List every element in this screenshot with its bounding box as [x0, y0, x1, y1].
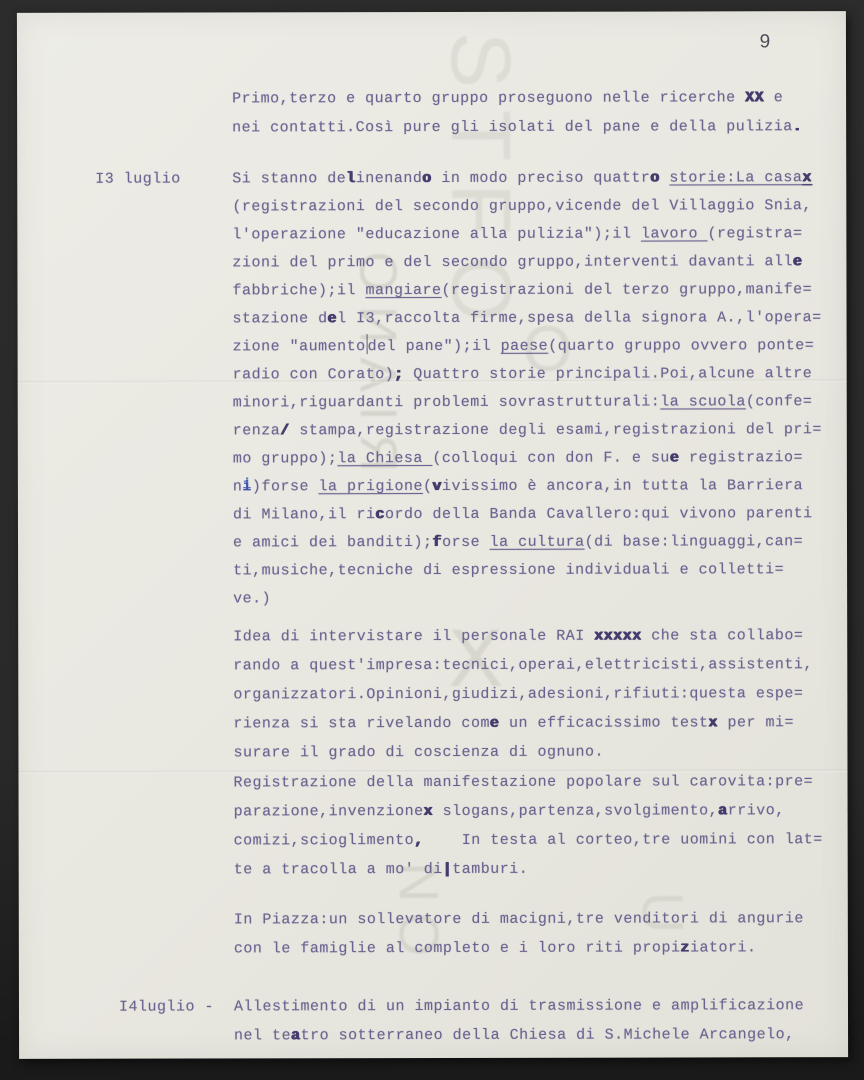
typed-line: e amici dei banditi);forse la cultura(di…	[233, 528, 833, 557]
text-segment: slogans,partenza,svolgimento,	[433, 802, 718, 820]
typed-line: renza/ stampa,registrazione degli esami,…	[233, 416, 833, 445]
text-segment: surare il grado di coscienza di ognuno.	[233, 744, 604, 762]
text-segment: In Piazza:un sollevatore di macigni,tre …	[234, 910, 804, 928]
text-segment: zione "aumento	[233, 338, 366, 355]
text-segment: ordo della Banda Cavallero:qui vivono pa…	[385, 505, 813, 523]
text-segment: ivissimo è ancora,in tutta la Barriera	[442, 477, 803, 495]
diary-entry: Registrazione della manifestazione popol…	[233, 767, 833, 884]
text-segment: la Chiesa	[337, 450, 432, 467]
typed-line: di Milano,il ricordo della Banda Cavalle…	[233, 500, 833, 529]
typed-line: l'operazione "educazione alla pulizia");…	[232, 220, 832, 249]
typed-text-layer: Primo,terzo e quarto gruppo proseguono n…	[17, 11, 848, 1059]
text-segment: l	[346, 170, 356, 187]
text-segment: comizi,scioglimento	[234, 832, 415, 849]
typed-line: parazione,invenzionex slogans,partenza,s…	[234, 796, 834, 826]
text-segment: e	[764, 89, 783, 106]
entry-date: I3 luglio	[95, 166, 181, 194]
text-segment: (registrazioni del terzo gruppo,manife=	[442, 281, 813, 299]
text-segment: (registrazioni del secondo gruppo,vicend…	[232, 197, 812, 215]
text-segment: /	[280, 422, 290, 439]
text-segment: nei contatti.Così pure gli isolati del p…	[232, 118, 793, 136]
typed-line: ve.)	[233, 584, 833, 613]
text-segment: fabbriche);il	[232, 282, 365, 299]
entry-date: I4luglio -	[119, 992, 214, 1021]
typed-line: Primo,terzo e quarto gruppo proseguono n…	[232, 83, 832, 113]
typed-line: Idea di intervistare il personale RAI xx…	[233, 621, 833, 651]
text-segment: xxxxx	[594, 628, 642, 645]
text-segment: organizzatori.Opinioni,giudizi,adesioni,…	[233, 685, 803, 703]
text-segment: x	[802, 169, 812, 186]
typed-line: Si stanno delinenando in modo preciso qu…	[232, 164, 832, 193]
text-segment: ti,musiche,tecniche di espressione indiv…	[233, 561, 784, 579]
diary-entry: In Piazza:un sollevatore di macigni,tre …	[234, 904, 834, 963]
text-segment: inenand	[356, 170, 423, 187]
text-segment: x	[708, 714, 718, 731]
text-segment: lavoro	[641, 225, 708, 242]
text-segment: f	[433, 534, 443, 551]
text-segment: o	[422, 170, 432, 187]
text-segment: tro sotterraneo della Chiesa di S.Michel…	[301, 1026, 795, 1044]
text-segment	[660, 170, 670, 187]
text-segment: Registrazione della manifestazione popol…	[234, 773, 814, 791]
text-segment: e amici dei banditi);	[233, 534, 433, 551]
text-segment: In testa al corteo,tre uomini con lat=	[424, 831, 823, 849]
typed-line: stazione del I3,raccolta firme,spesa del…	[233, 304, 833, 333]
text-segment: che sta collabo=	[642, 627, 804, 644]
typed-line: con le famiglie al completo e i loro rit…	[234, 933, 834, 963]
diary-entry: I3 luglioSi stanno delinenando in modo p…	[232, 164, 833, 613]
text-segment: Si stanno de	[232, 170, 346, 187]
text-segment: (confe=	[746, 393, 813, 410]
text-segment: storie:La casa	[669, 169, 802, 186]
text-segment: v	[432, 478, 442, 495]
typed-line: rienza si sta rivelando come un efficaci…	[233, 708, 833, 738]
text-segment: ve.)	[233, 590, 271, 607]
text-segment: (quarto gruppo ovvero ponte=	[548, 337, 814, 355]
text-segment: di Milano,il ri	[233, 506, 376, 523]
text-segment: (registra=	[707, 225, 802, 242]
typed-line: (registrazioni del secondo gruppo,vicend…	[232, 192, 832, 221]
typed-line: mo gruppo);la Chiesa (colloqui con don F…	[233, 444, 833, 473]
text-segment: Primo,terzo e quarto gruppo proseguono n…	[232, 89, 745, 107]
typed-line: ni)forse la prigione(vivissimo è ancora,…	[233, 472, 833, 501]
text-segment: rando a quest'impresa:tecnici,operai,ele…	[233, 656, 813, 674]
text-segment: nel te	[234, 1027, 291, 1044]
text-segment: x	[424, 803, 434, 820]
text-segment: Allestimento di un impianto di trasmissi…	[234, 997, 804, 1015]
text-segment: la cultura	[490, 534, 585, 551]
text-segment: la scuola	[660, 393, 746, 410]
diary-entry: Idea di intervistare il personale RAI xx…	[233, 621, 833, 767]
text-segment: renza	[233, 422, 281, 439]
text-segment: .	[793, 118, 803, 135]
typed-line: Allestimento di un impianto di trasmissi…	[234, 991, 834, 1021]
text-segment: rienza si sta rivelando com	[233, 715, 490, 733]
typed-line: comizi,scioglimento, In testa al corteo,…	[234, 825, 834, 855]
text-segment: (di base:linguaggi,can=	[585, 533, 804, 550]
text-segment: ,	[414, 832, 424, 849]
scan-background: RIANOSTFOOXNOU 9 Primo,terzo e quarto gr…	[0, 0, 864, 1080]
typed-line: radio con Corato); Quattro storie princi…	[233, 360, 833, 389]
text-segment: stampa,registrazione degli esami,registr…	[290, 421, 822, 439]
text-segment: a	[718, 802, 728, 819]
text-segment: ;	[394, 366, 404, 383]
diary-entry: I4luglio -Allestimento di un impianto di…	[234, 991, 834, 1050]
text-segment: mo gruppo);	[233, 450, 338, 467]
text-segment: minori,riguardanti problemi sovrastruttu…	[233, 394, 661, 412]
text-segment: orse	[442, 534, 490, 551]
text-segment: del pane");il	[368, 338, 501, 355]
text-segment: in modo preciso quattr	[432, 170, 651, 187]
text-segment: parazione,invenzione	[234, 803, 424, 820]
typed-line: te a tracolla a mo' di|tamburi.	[234, 854, 834, 884]
typed-line: zioni del primo e del secondo gruppo,int…	[232, 248, 832, 277]
text-segment: mangiare	[366, 282, 442, 299]
text-segment: e	[328, 310, 338, 327]
text-segment: e	[490, 715, 500, 732]
text-segment: te a tracolla a mo' di	[234, 861, 443, 878]
text-segment: z	[680, 939, 690, 956]
text-segment: per mi=	[718, 714, 794, 731]
typed-line: nei contatti.Così pure gli isolati del p…	[232, 112, 832, 142]
text-segment: e	[793, 253, 803, 270]
text-segment: c	[375, 506, 385, 523]
typed-line: rando a quest'impresa:tecnici,operai,ele…	[233, 650, 833, 680]
text-segment: )forse	[252, 478, 319, 495]
text-segment: registrazio=	[679, 449, 803, 466]
typed-line: organizzatori.Opinioni,giudizi,adesioni,…	[233, 679, 833, 709]
text-segment: |	[443, 861, 453, 878]
typed-line: zione "aumentodel pane");il paese(quarto…	[233, 332, 833, 361]
text-segment: rrivo,	[728, 802, 785, 819]
text-segment: paese	[501, 338, 549, 355]
text-segment: stazione d	[233, 310, 328, 327]
diary-entry: Primo,terzo e quarto gruppo proseguono n…	[232, 83, 832, 142]
text-segment: con le famiglie al completo e i loro rit…	[234, 939, 681, 957]
document-page: RIANOSTFOOXNOU 9 Primo,terzo e quarto gr…	[17, 11, 848, 1059]
text-segment: i	[242, 478, 252, 495]
text-segment: Quattro storie principali.Poi,alcune alt…	[404, 365, 813, 383]
text-segment: zioni del primo e del secondo gruppo,int…	[232, 253, 793, 271]
typed-line: nel teatro sotterraneo della Chiesa di S…	[234, 1020, 834, 1050]
text-segment: Idea di intervistare il personale RAI	[233, 628, 594, 646]
text-segment: l'operazione "educazione alla pulizia");…	[232, 226, 641, 244]
typed-line: Registrazione della manifestazione popol…	[233, 767, 833, 797]
typed-line: surare il grado di coscienza di ognuno.	[233, 737, 833, 767]
text-segment: l I3,raccolta firme,spesa della signora …	[337, 309, 822, 327]
text-segment: tamburi.	[452, 861, 528, 878]
text-segment: o	[650, 170, 660, 187]
text-segment: (	[423, 478, 433, 495]
text-segment: (colloqui con don F. e su	[432, 450, 670, 467]
text-segment: iatori.	[690, 939, 757, 956]
text-segment: la prigione	[318, 478, 423, 495]
text-segment: e	[670, 449, 680, 466]
text-segment: XX	[745, 89, 764, 106]
text-segment: un efficacissimo test	[499, 714, 708, 731]
insertion-mark	[367, 334, 368, 354]
text-segment: n	[233, 478, 243, 495]
typed-line: In Piazza:un sollevatore di macigni,tre …	[234, 904, 834, 934]
text-segment: a	[291, 1027, 301, 1044]
text-segment: radio con Corato)	[233, 366, 395, 383]
typed-line: ti,musiche,tecniche di espressione indiv…	[233, 556, 833, 585]
typed-line: fabbriche);il mangiare(registrazioni del…	[232, 276, 832, 305]
typed-line: minori,riguardanti problemi sovrastruttu…	[233, 388, 833, 417]
